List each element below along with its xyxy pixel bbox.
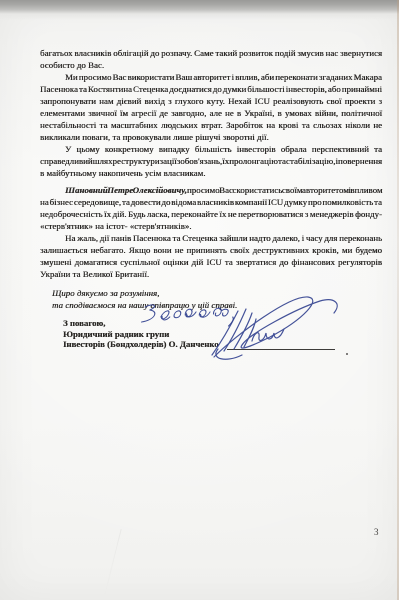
scan-top-shadow bbox=[0, 0, 399, 20]
line-text: особисто до Вас. bbox=[40, 59, 104, 71]
body-line: змушені домагатися суспільної оцінки дій… bbox=[40, 256, 382, 268]
letter-body: багатьох власників облігацій до розпачу.… bbox=[40, 47, 382, 311]
body-line: залишається небагато. Якщо вони не припи… bbox=[40, 244, 382, 256]
body-line: особисто до Вас. bbox=[40, 59, 382, 71]
line-text: Пасенюка та Костянтина Стеценка доєднати… bbox=[40, 83, 382, 95]
body-line: У цьому конкретному випадку більшість ін… bbox=[40, 143, 382, 155]
line-text: просимо Вас скористатись своїм авторитет… bbox=[187, 185, 383, 195]
line-text: «стерв'ятник» на істот- «стерв'ятників». bbox=[40, 220, 191, 232]
line-text: запропонувати нам дієвий вихід з глухого… bbox=[40, 95, 382, 107]
body-line: викликали поваги, та провокували лише рі… bbox=[40, 131, 382, 143]
body-line: багатьох власників облігацій до розпачу.… bbox=[40, 47, 382, 59]
ink-stroke bbox=[184, 309, 196, 317]
body-line: справедливий шлях реструктуризації зобов… bbox=[40, 155, 382, 167]
body-line: недоброчесність їх дій. Будь ласка, пере… bbox=[40, 208, 382, 220]
line-text: У цьому конкретному випадку більшість ін… bbox=[65, 143, 382, 155]
paragraph-warning: На жаль, дії панів Пасенюка та Стеценка … bbox=[40, 232, 382, 280]
line-text: недоброчесність їх дій. Будь ласка, пере… bbox=[40, 208, 382, 220]
body-line: України та Великої Британії. bbox=[40, 268, 382, 280]
signature-svg bbox=[208, 289, 350, 365]
ink-stroke bbox=[252, 329, 284, 341]
paragraph-appeal: Шановний Петре Олексійовичу, просимо Вас… bbox=[40, 184, 382, 232]
line-text: Шановний Петре Олексійовичу, просимо Вас… bbox=[65, 184, 382, 196]
body-line: Ми просимо Вас використати Ваш авторитет… bbox=[40, 71, 382, 83]
body-line: «стерв'ятник» на істот- «стерв'ятників». bbox=[40, 220, 382, 232]
line-text: багатьох власників облігацій до розпачу.… bbox=[40, 47, 382, 59]
line-text: України та Великої Британії. bbox=[40, 268, 149, 280]
paragraph-request: Ми просимо Вас використати Ваш авторитет… bbox=[40, 71, 382, 143]
ink-stroke bbox=[173, 311, 181, 318]
signoff-block: З повагою, Юридичний радник групи Інвест… bbox=[63, 318, 219, 350]
ink-stroke bbox=[216, 349, 242, 359]
page-number: 3 bbox=[374, 527, 379, 537]
signoff-line: Інвесторів (Бондхолдерів) О. Данченко bbox=[63, 339, 219, 350]
ink-stroke bbox=[214, 297, 337, 357]
paper-crease bbox=[103, 529, 121, 599]
line-text: на бізнес середовище, та довести до відо… bbox=[40, 196, 382, 208]
paragraph-continuation: багатьох власників облігацій до розпачу.… bbox=[40, 47, 382, 71]
body-line: нестабільності та масштабних людських вт… bbox=[40, 119, 382, 131]
line-text: нестабільності та масштабних людських вт… bbox=[40, 119, 382, 131]
line-text: справедливий шлях реструктуризації зобов… bbox=[40, 155, 382, 167]
line-text: змушені домагатися суспільної оцінки дій… bbox=[40, 256, 382, 268]
line-text: викликали поваги, та провокували лише рі… bbox=[40, 131, 269, 143]
line-text: в майбутньому накопичень усім власникам. bbox=[40, 167, 205, 179]
salutation-text: Шановний Петре Олексійовичу, bbox=[65, 185, 187, 195]
body-line: На жаль, дії панів Пасенюка та Стеценка … bbox=[40, 232, 382, 244]
body-line: запропонувати нам дієвий вихід з глухого… bbox=[40, 95, 382, 107]
line-text: На жаль, дії панів Пасенюка та Стеценка … bbox=[65, 232, 382, 244]
line-text: Ми просимо Вас використати Ваш авторитет… bbox=[65, 71, 382, 83]
body-line: на бізнес середовище, та довести до відо… bbox=[40, 196, 382, 208]
ink-stroke bbox=[212, 309, 256, 355]
paragraph-restructuring: У цьому конкретному випадку більшість ін… bbox=[40, 143, 382, 179]
line-text: залишається небагато. Якщо вони не припи… bbox=[40, 244, 382, 256]
signoff-line: Юридичний радник групи bbox=[63, 329, 219, 340]
body-line: Пасенюка та Костянтина Стеценка доєднати… bbox=[40, 83, 382, 95]
line-text: елементами звичної їм агресії де завгодн… bbox=[40, 107, 382, 119]
body-line: Шановний Петре Олексійовичу, просимо Вас… bbox=[40, 184, 382, 196]
letter-page: багатьох власників облігацій до розпачу.… bbox=[0, 0, 399, 600]
signoff-line: З повагою, bbox=[63, 318, 219, 329]
signature-ink bbox=[208, 289, 350, 365]
line-text: Щиро дякуємо за розуміння, bbox=[52, 287, 159, 299]
body-line: в майбутньому накопичень усім власникам. bbox=[40, 167, 382, 179]
body-line: елементами звичної їм агресії де завгодн… bbox=[40, 107, 382, 119]
